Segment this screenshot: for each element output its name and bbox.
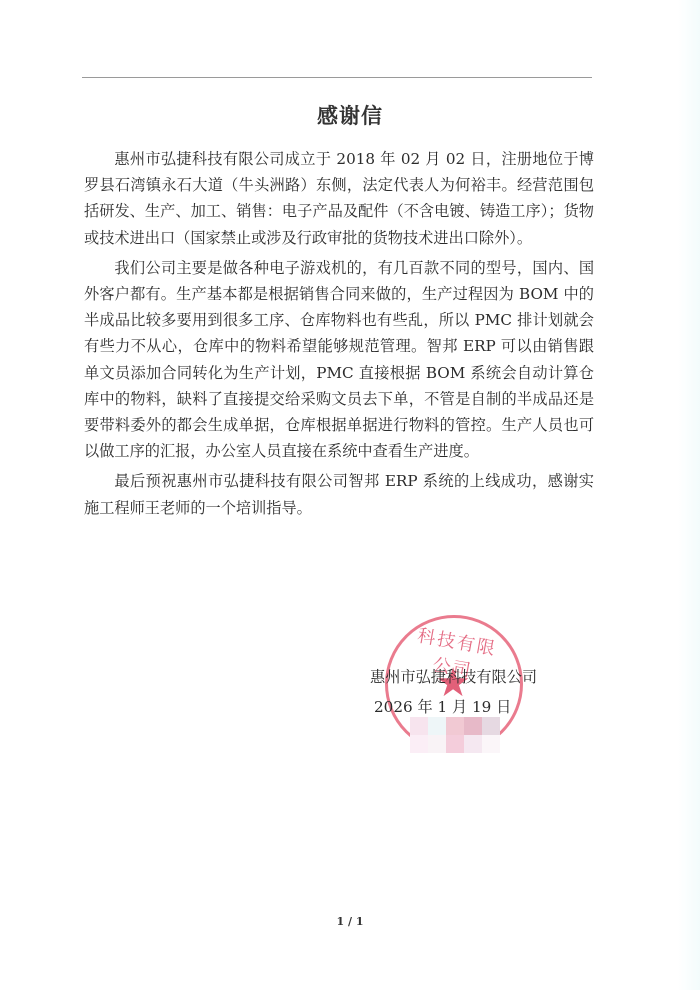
mosaic-cell	[446, 735, 464, 753]
mosaic-cell	[464, 717, 482, 735]
mosaic-cell	[428, 735, 446, 753]
page-title: 感谢信	[0, 100, 700, 130]
mosaic-cell	[410, 717, 428, 735]
letter-body: 惠州市弘捷科技有限公司成立于 2018 年 02 月 02 日，注册地位于博罗县…	[84, 146, 594, 525]
paragraph-business-description: 我们公司主要是做各种电子游戏机的，有几百款不同的型号，国内、国外客户都有。生产基…	[84, 255, 594, 465]
signature-block: 惠州市弘捷科技有限公司 2026 年 1 月 19 日	[370, 662, 570, 722]
scan-edge-shading	[678, 0, 700, 990]
mosaic-cell	[410, 735, 428, 753]
paragraph-closing: 最后预祝惠州市弘捷科技有限公司智邦 ERP 系统的上线成功，感谢实施工程师王老师…	[84, 468, 594, 520]
mosaic-cell	[464, 735, 482, 753]
mosaic-cell	[446, 717, 464, 735]
signature-company: 惠州市弘捷科技有限公司	[370, 662, 570, 692]
redaction-mosaic	[410, 717, 500, 753]
mosaic-cell	[428, 717, 446, 735]
header-rule	[82, 77, 592, 78]
page-number: 1 / 1	[0, 915, 700, 928]
mosaic-cell	[482, 735, 500, 753]
mosaic-cell	[482, 717, 500, 735]
paragraph-company-intro: 惠州市弘捷科技有限公司成立于 2018 年 02 月 02 日，注册地位于博罗县…	[84, 146, 594, 251]
